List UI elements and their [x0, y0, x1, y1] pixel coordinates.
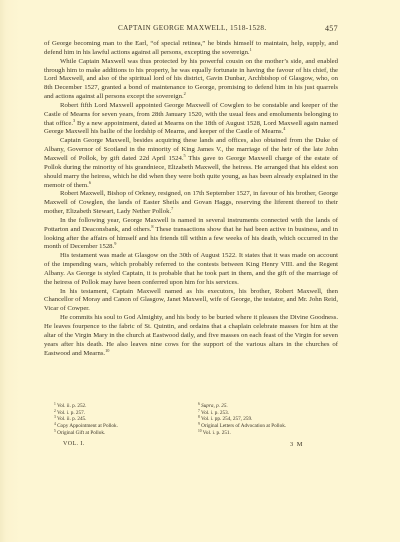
signature-mark: 3 M	[290, 441, 303, 448]
paragraph: While Captain Maxwell was thus protected…	[44, 58, 338, 102]
footnote: 6 Supra, p. 25.	[198, 403, 338, 410]
running-header: CAPTAIN GEORGE MAXWELL, 1518-1528. 457	[44, 24, 338, 36]
paragraph: Captain George Maxwell, besides acquirin…	[44, 137, 338, 190]
paragraph: He commits his soul to God Almighty, and…	[44, 314, 338, 358]
paragraph: Robert Maxwell, Bishop of Orkney, resign…	[44, 190, 338, 217]
footnote-ref: 6	[89, 180, 91, 185]
volume-label: VOL. I.	[63, 441, 85, 447]
paragraph: of George becoming man to the Earl, “of …	[44, 40, 338, 58]
footnote-ref: 1	[250, 47, 252, 52]
page-number: 457	[325, 24, 338, 33]
paragraph: In his testament, Captain Maxwell named …	[44, 288, 338, 315]
footnotes-left-column: 1 Vol. ii. p. 252. 2 Vol. i. p. 257. 3 V…	[54, 403, 194, 437]
footnote-ref: 2	[184, 91, 186, 96]
footnote-ref: 10	[105, 348, 109, 353]
footnotes-right-column: 6 Supra, p. 25. 7 Vol. i. p. 253. 8 Vol.…	[198, 403, 338, 437]
footnote-ref: 9	[114, 241, 116, 246]
book-page: CAPTAIN GEORGE MAXWELL, 1518-1528. 457 o…	[0, 0, 400, 542]
running-title: CAPTAIN GEORGE MAXWELL, 1518-1528.	[118, 24, 266, 32]
footnote-ref: 4	[283, 126, 285, 131]
paragraph: Robert fifth Lord Maxwell appointed Geor…	[44, 102, 338, 137]
body-text: of George becoming man to the Earl, “of …	[44, 40, 338, 358]
footnote: 10 Vol. i. p. 251.	[198, 430, 338, 437]
paragraph: In the following year, George Maxwell is…	[44, 217, 338, 252]
paragraph: His testament was made at Glasgow on the…	[44, 252, 338, 287]
footnote: 9 Original Letters of Advocation at Poll…	[198, 423, 338, 430]
footnote: 1 Vol. ii. p. 252.	[54, 403, 194, 410]
footnote-ref: 7	[171, 206, 173, 211]
footnote: 4 Copy Appointment at Pollok.	[54, 423, 194, 430]
footnote: 5 Original Gift at Pollok.	[54, 430, 194, 437]
